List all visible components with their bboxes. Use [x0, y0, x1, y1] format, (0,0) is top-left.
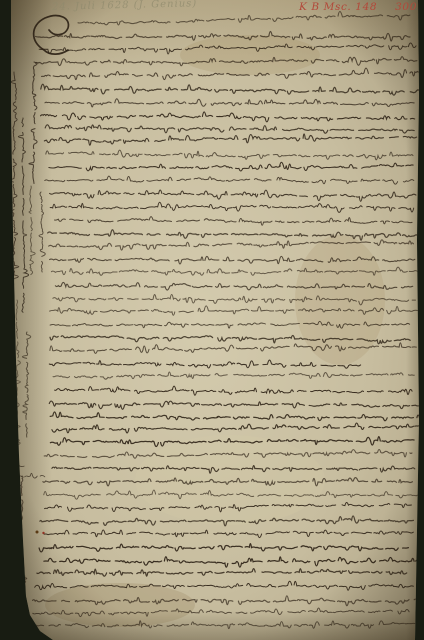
shelfmark-number: K B Msc. 148 [299, 1, 377, 13]
shelfmark-annotation: K B Msc. 148300 [299, 1, 417, 13]
manuscript-scan: 24. Juli 1628 (J. Genius) K B Msc. 14830… [0, 0, 424, 640]
page-number: 300 [395, 1, 417, 13]
paper-stains [0, 0, 424, 640]
vignette [0, 0, 424, 640]
manuscript-page [0, 0, 424, 640]
